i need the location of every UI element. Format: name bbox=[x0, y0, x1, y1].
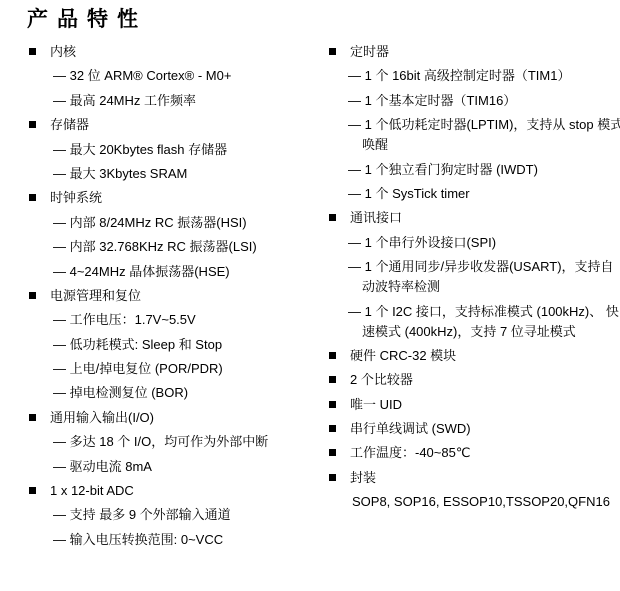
bullet-square-icon bbox=[329, 449, 336, 456]
feature-group: 定时器 — 1 个 16bit 高级控制定时器（TIM1） — 1 个基本定时器… bbox=[328, 42, 618, 204]
group-title: 串行单线调试 (SWD) bbox=[328, 419, 618, 439]
bullet-square-icon bbox=[29, 414, 36, 421]
feature-line: 动波特率检测 bbox=[328, 277, 618, 297]
group-title: 工作温度：-40~85℃ bbox=[328, 443, 618, 463]
bullet-square-icon bbox=[29, 487, 36, 494]
feature-line: — 多达 18 个 I/O，均可作为外部中断 bbox=[28, 432, 316, 452]
feature-group: 时钟系统 — 内部 8/24MHz RC 振荡器(HSI) — 内部 32.76… bbox=[28, 188, 316, 281]
feature-group: 通用输入输出(I/O) — 多达 18 个 I/O，均可作为外部中断 — 驱动电… bbox=[28, 408, 316, 477]
bullet-square-icon bbox=[329, 214, 336, 221]
feature-line: — 1 个串行外设接口(SPI) bbox=[328, 233, 618, 253]
group-title-text: 2 个比较器 bbox=[350, 372, 413, 387]
feature-line: — 掉电检测复位 (BOR) bbox=[28, 383, 316, 403]
group-lines: SOP8, SOP16, ESSOP10,TSSOP20,QFN16 bbox=[328, 492, 618, 512]
bullet-square-icon bbox=[29, 48, 36, 55]
group-title: 时钟系统 bbox=[28, 188, 316, 208]
feature-line: — 1 个基本定时器（TIM16） bbox=[328, 91, 618, 111]
column-left: 内核 — 32 位 ARM® Cortex® - M0+ — 最高 24MHz … bbox=[28, 42, 316, 554]
feature-line: — 最大 20Kbytes flash 存储器 bbox=[28, 140, 316, 160]
bullet-square-icon bbox=[329, 376, 336, 383]
feature-line: — 1 个 SysTick timer bbox=[328, 184, 618, 204]
bullet-square-icon bbox=[329, 352, 336, 359]
feature-group: 内核 — 32 位 ARM® Cortex® - M0+ — 最高 24MHz … bbox=[28, 42, 316, 111]
group-lines: — 内部 8/24MHz RC 振荡器(HSI) — 内部 32.768KHz … bbox=[28, 213, 316, 282]
group-lines: — 工作电压：1.7V~5.5V — 低功耗模式: Sleep 和 Stop —… bbox=[28, 310, 316, 403]
feature-group: 唯一 UID bbox=[328, 395, 618, 415]
group-lines: — 1 个串行外设接口(SPI) — 1 个通用同步/异步收发器(USART)，… bbox=[328, 233, 618, 342]
feature-line: — 内部 8/24MHz RC 振荡器(HSI) bbox=[28, 213, 316, 233]
feature-group: 通讯接口 — 1 个串行外设接口(SPI) — 1 个通用同步/异步收发器(US… bbox=[328, 208, 618, 341]
group-title-text: 时钟系统 bbox=[50, 190, 102, 205]
feature-line: — 4~24MHz 晶体振荡器(HSE) bbox=[28, 262, 316, 282]
feature-group: 电源管理和复位 — 工作电压：1.7V~5.5V — 低功耗模式: Sleep … bbox=[28, 286, 316, 404]
feature-line: — 最大 3Kbytes SRAM bbox=[28, 164, 316, 184]
feature-line: — 上电/掉电复位 (POR/PDR) bbox=[28, 359, 316, 379]
group-lines: — 32 位 ARM® Cortex® - M0+ — 最高 24MHz 工作频… bbox=[28, 66, 316, 110]
group-title-text: 封装 bbox=[350, 470, 376, 485]
feature-line: — 驱动电流 8mA bbox=[28, 457, 316, 477]
feature-line: — 32 位 ARM® Cortex® - M0+ bbox=[28, 66, 316, 86]
group-lines: — 支持 最多 9 个外部输入通道 — 输入电压转换范围: 0~VCC bbox=[28, 505, 316, 549]
feature-group: 2 个比较器 bbox=[328, 370, 618, 390]
feature-line: 唤醒 bbox=[328, 135, 618, 155]
datasheet-page: 产品特性 内核 — 32 位 ARM® Cortex® - M0+ — 最高 2… bbox=[0, 0, 620, 591]
group-title: 2 个比较器 bbox=[328, 370, 618, 390]
feature-line: — 低功耗模式: Sleep 和 Stop bbox=[28, 335, 316, 355]
feature-group: 1 x 12-bit ADC — 支持 最多 9 个外部输入通道 — 输入电压转… bbox=[28, 481, 316, 550]
column-right: 定时器 — 1 个 16bit 高级控制定时器（TIM1） — 1 个基本定时器… bbox=[328, 42, 618, 517]
feature-line: — 工作电压：1.7V~5.5V bbox=[28, 310, 316, 330]
feature-line: — 1 个独立看门狗定时器 (IWDT) bbox=[328, 160, 618, 180]
feature-line: SOP8, SOP16, ESSOP10,TSSOP20,QFN16 bbox=[328, 492, 618, 512]
group-title-text: 串行单线调试 (SWD) bbox=[350, 421, 471, 436]
group-title: 通讯接口 bbox=[328, 208, 618, 228]
feature-line: — 支持 最多 9 个外部输入通道 bbox=[28, 505, 316, 525]
group-title: 电源管理和复位 bbox=[28, 286, 316, 306]
group-title-text: 1 x 12-bit ADC bbox=[50, 483, 134, 498]
bullet-square-icon bbox=[29, 121, 36, 128]
group-lines: — 1 个 16bit 高级控制定时器（TIM1） — 1 个基本定时器（TIM… bbox=[328, 66, 618, 204]
bullet-square-icon bbox=[29, 292, 36, 299]
feature-line: 速模式 (400kHz)，支持 7 位寻址模式 bbox=[328, 322, 618, 342]
group-lines: — 多达 18 个 I/O，均可作为外部中断 — 驱动电流 8mA bbox=[28, 432, 316, 476]
group-title-text: 内核 bbox=[50, 44, 76, 59]
group-title: 定时器 bbox=[328, 42, 618, 62]
feature-line: — 1 个低功耗定时器(LPTIM)，支持从 stop 模式 bbox=[328, 115, 618, 135]
group-title-text: 定时器 bbox=[350, 44, 389, 59]
group-title: 内核 bbox=[28, 42, 316, 62]
bullet-square-icon bbox=[329, 474, 336, 481]
feature-line: — 输入电压转换范围: 0~VCC bbox=[28, 530, 316, 550]
feature-group: 封装 SOP8, SOP16, ESSOP10,TSSOP20,QFN16 bbox=[328, 468, 618, 512]
group-title: 1 x 12-bit ADC bbox=[28, 481, 316, 501]
group-title: 硬件 CRC-32 模块 bbox=[328, 346, 618, 366]
group-lines: — 最大 20Kbytes flash 存储器 — 最大 3Kbytes SRA… bbox=[28, 140, 316, 184]
feature-line: — 1 个 I2C 接口，支持标准模式 (100kHz)、 快 bbox=[328, 302, 618, 322]
group-title: 唯一 UID bbox=[328, 395, 618, 415]
group-title-text: 存储器 bbox=[50, 117, 89, 132]
feature-group: 工作温度：-40~85℃ bbox=[328, 443, 618, 463]
group-title-text: 电源管理和复位 bbox=[50, 288, 141, 303]
feature-line: — 内部 32.768KHz RC 振荡器(LSI) bbox=[28, 237, 316, 257]
group-title-text: 硬件 CRC-32 模块 bbox=[350, 348, 456, 363]
bullet-square-icon bbox=[29, 194, 36, 201]
group-title: 封装 bbox=[328, 468, 618, 488]
group-title: 存储器 bbox=[28, 115, 316, 135]
feature-group: 串行单线调试 (SWD) bbox=[328, 419, 618, 439]
page-title: 产品特性 bbox=[27, 3, 147, 33]
group-title-text: 工作温度：-40~85℃ bbox=[350, 445, 470, 460]
bullet-square-icon bbox=[329, 425, 336, 432]
bullet-square-icon bbox=[329, 401, 336, 408]
bullet-square-icon bbox=[329, 48, 336, 55]
feature-line: — 1 个 16bit 高级控制定时器（TIM1） bbox=[328, 66, 618, 86]
feature-line: — 1 个通用同步/异步收发器(USART)，支持自 bbox=[328, 257, 618, 277]
group-title-text: 通讯接口 bbox=[350, 210, 402, 225]
feature-group: 硬件 CRC-32 模块 bbox=[328, 346, 618, 366]
feature-line: — 最高 24MHz 工作频率 bbox=[28, 91, 316, 111]
feature-group: 存储器 — 最大 20Kbytes flash 存储器 — 最大 3Kbytes… bbox=[28, 115, 316, 184]
group-title-text: 通用输入输出(I/O) bbox=[50, 410, 154, 425]
group-title: 通用输入输出(I/O) bbox=[28, 408, 316, 428]
group-title-text: 唯一 UID bbox=[350, 397, 402, 412]
